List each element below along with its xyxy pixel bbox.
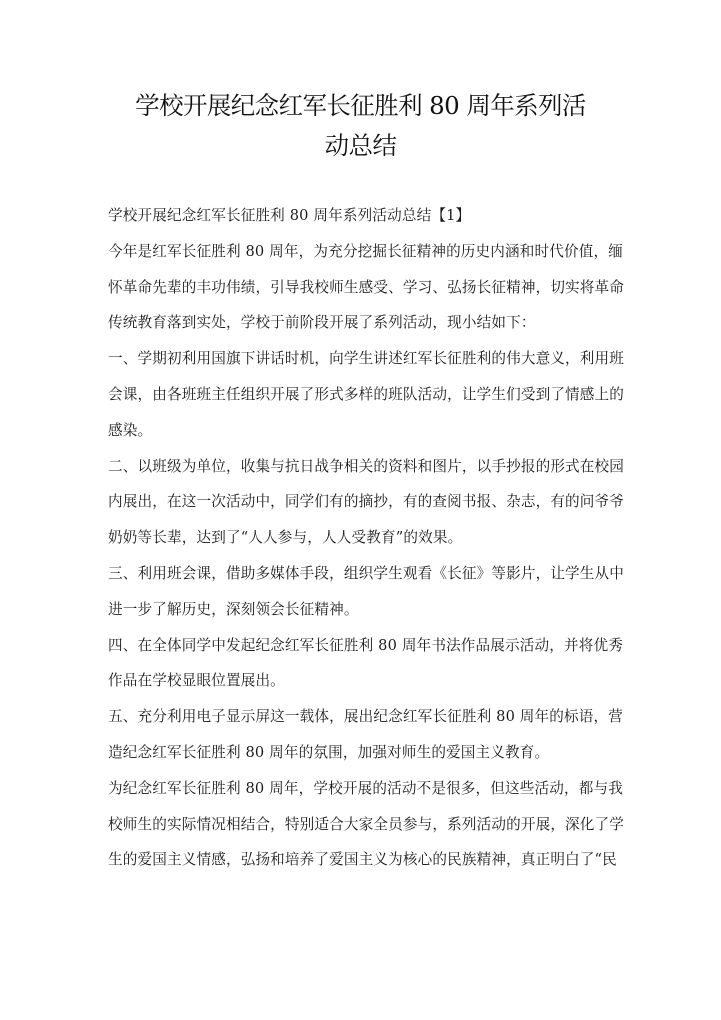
paragraph-line: 校师生的实际情况相结合，特别适合大家全员参与，系列活动的开展，深化了学 [108, 807, 618, 843]
section-heading: 学校开展纪念红军长征胜利 80 周年系列活动总结【1】 [108, 198, 618, 234]
document-page: 学校开展纪念红军长征胜利 80 周年系列活 动总结 学校开展纪念红军长征胜利 8… [0, 0, 721, 1020]
document-body: 学校开展纪念红军长征胜利 80 周年系列活动总结【1】 今年是红军长征胜利 80… [108, 198, 618, 878]
paragraph-line: 进一步了解历史，深刻领会长征精神。 [108, 592, 618, 628]
paragraph-line: 三、利用班会课，借助多媒体手段，组织学生观看《长征》等影片，让学生从中 [108, 556, 618, 592]
title-line-1: 学校开展纪念红军长征胜利 80 周年系列活 [100, 86, 621, 126]
paragraph-line: 一、学期初利用国旗下讲话时机，向学生讲述红军长征胜利的伟大意义，利用班 [108, 341, 618, 377]
paragraph-line: 会课，由各班班主任组织开展了形式多样的班队活动，让学生们受到了情感上的 [108, 377, 618, 413]
paragraph-line: 为纪念红军长征胜利 80 周年，学校开展的活动不是很多，但这些活动，都与我 [108, 771, 618, 807]
paragraph-line: 五、充分利用电子显示屏这一载体，展出纪念红军长征胜利 80 周年的标语，营 [108, 699, 618, 735]
title-line-2: 动总结 [100, 126, 621, 166]
paragraph-line: 内展出，在这一次活动中，同学们有的摘抄，有的查阅书报、杂志，有的问爷爷 [108, 484, 618, 520]
document-title: 学校开展纪念红军长征胜利 80 周年系列活 动总结 [100, 86, 621, 166]
paragraph-line: 奶奶等长辈，达到了“人人参与，人人受教育”的效果。 [108, 520, 618, 556]
paragraph-line: 感染。 [108, 413, 618, 449]
paragraph-line: 作品在学校显眼位置展出。 [108, 663, 618, 699]
paragraph-line: 生的爱国主义情感，弘扬和培养了爱国主义为核心的民族精神，真正明白了“民 [108, 842, 618, 878]
paragraph-line: 造纪念红军长征胜利 80 周年的氛围，加强对师生的爱国主义教育。 [108, 735, 618, 771]
paragraph-line: 四、在全体同学中发起纪念红军长征胜利 80 周年书法作品展示活动，并将优秀 [108, 628, 618, 664]
paragraph-line: 传统教育落到实处，学校于前阶段开展了系列活动，现小结如下： [108, 305, 618, 341]
paragraph-line: 怀革命先辈的丰功伟绩，引导我校师生感受、学习、弘扬长征精神，切实将革命 [108, 270, 618, 306]
paragraph-line: 今年是红军长征胜利 80 周年，为充分挖掘长征精神的历史内涵和时代价值，缅 [108, 234, 618, 270]
paragraph-line: 二、以班级为单位，收集与抗日战争相关的资料和图片，以手抄报的形式在校园 [108, 449, 618, 485]
